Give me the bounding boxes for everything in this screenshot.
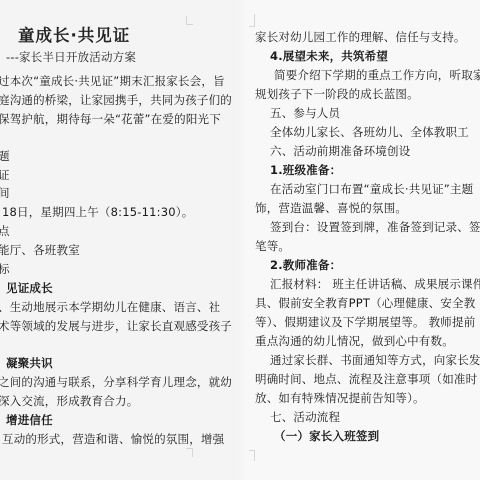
- goal-2-line-1: 之间的沟通与联系，分享科学育儿理念，就幼: [0, 375, 232, 389]
- intro-line-2: 庭沟通的桥梁，让家园携手，共同为孩子们的: [0, 93, 232, 107]
- goal-2-line-2: 深入交流，形成教育合力。: [0, 394, 138, 408]
- section-participants-heading: 五、参与人员: [270, 106, 340, 120]
- goal-3-line-1: 互动的形式，营造和谐、愉悦的氛围，增强: [2, 432, 224, 446]
- teacher-prep-line-3: 等）、假期建议及下学期展望等。 教师提前: [255, 315, 475, 329]
- goal-3-heading: 增进信任: [6, 413, 53, 427]
- notice-line-2: 明确时间、地点、流程及注意事项（如准时: [255, 372, 477, 386]
- intro-line-1: 过本次“童成长·共见证”期末汇报家长会，旨: [0, 74, 225, 88]
- goal-4-line-1: 简要介绍下学期的重点工作方向，听取家: [274, 68, 480, 82]
- goal-4-heading: 4.展望未来，共筑希望: [270, 49, 388, 63]
- goal-1-line-1: 、生动地展示本学期幼儿在健康、语言、社: [0, 300, 220, 314]
- process-step-1-heading: （一）家长入班签到: [274, 429, 379, 443]
- document-subtitle: ---家长半日开放活动方案: [6, 50, 136, 64]
- notice-line-1: 通过家长群、书面通知等方式，向家长发: [270, 353, 480, 367]
- page-corner-marker-icon: [249, 14, 255, 27]
- section-time-heading: 间: [0, 186, 10, 200]
- goal-1-heading: 见证成长: [6, 281, 53, 295]
- document-title: 童成长·共见证: [18, 26, 130, 46]
- goal-4-line-2: 规划孩子下一阶段的成长蓝图。: [255, 87, 419, 101]
- goal-2-heading: 凝聚共识: [6, 356, 53, 370]
- page-left: 童成长·共见证 ---家长半日开放活动方案 过本次“童成长·共见证”期末汇报家长…: [0, 0, 232, 480]
- section-preparation-heading: 六、活动前期准备环境创设: [270, 144, 410, 158]
- teacher-prep-heading: 2.教师准备：: [270, 258, 341, 272]
- intro-line-3: 保驾护航，期待每一朵“花蕾”在爱的阳光下: [0, 112, 221, 126]
- section-location-heading: 点: [0, 224, 10, 238]
- section-participants-value: 全体幼儿家长、各班幼儿、全体教职工: [270, 125, 469, 139]
- teacher-prep-line-4: 重点沟通的幼儿情况，做到心中有数。: [255, 334, 454, 348]
- section-goals-heading: 标: [0, 262, 10, 276]
- page-corner-marker-icon: [186, 16, 193, 25]
- notice-line-3: 放、如有特殊情况提前告知等）。: [255, 391, 425, 405]
- page-gutter: [232, 0, 244, 480]
- page-corner-marker-icon: [249, 450, 255, 461]
- class-prep-line-2: 饰，营造温馨、喜悦的氛围。: [255, 201, 407, 215]
- teacher-prep-line-1: 汇报材料： 班主任讲话稿、成果展示课件: [270, 277, 480, 291]
- sign-in-desk-line-1: 签到台：设置签到牌，准备签到记录、签: [270, 220, 480, 234]
- class-prep-heading: 1.班级准备：: [270, 163, 341, 177]
- goal-1-line-2: 术等领域的发展与进步，让家长直观感受孩子: [0, 319, 232, 333]
- section-process-heading: 七、活动流程: [270, 410, 340, 424]
- class-prep-line-1: 在活动室门口布置“童成长·共见证”主题: [270, 182, 473, 196]
- section-time-value: 18日，星期四上午（8:15-11:30）。: [2, 205, 193, 219]
- section-theme-value: 证: [0, 168, 10, 182]
- sign-in-desk-line-2: 笔等。: [255, 239, 290, 253]
- teacher-prep-line-2: 具、假前安全教育PPT（心理健康、安全教: [255, 296, 475, 310]
- page-corner-marker-icon: [186, 448, 193, 457]
- right-line-1: 家长对幼儿园工作的理解、信任与支持。: [255, 30, 466, 44]
- page-right: 家长对幼儿园工作的理解、信任与支持。 4.展望未来，共筑希望 简要介绍下学期的重…: [244, 0, 480, 480]
- document-viewer: 童成长·共见证 ---家长半日开放活动方案 过本次“童成长·共见证”期末汇报家长…: [0, 0, 480, 480]
- section-theme-heading: 题: [0, 149, 10, 163]
- section-location-value: 能厅、各班教室: [0, 243, 80, 257]
